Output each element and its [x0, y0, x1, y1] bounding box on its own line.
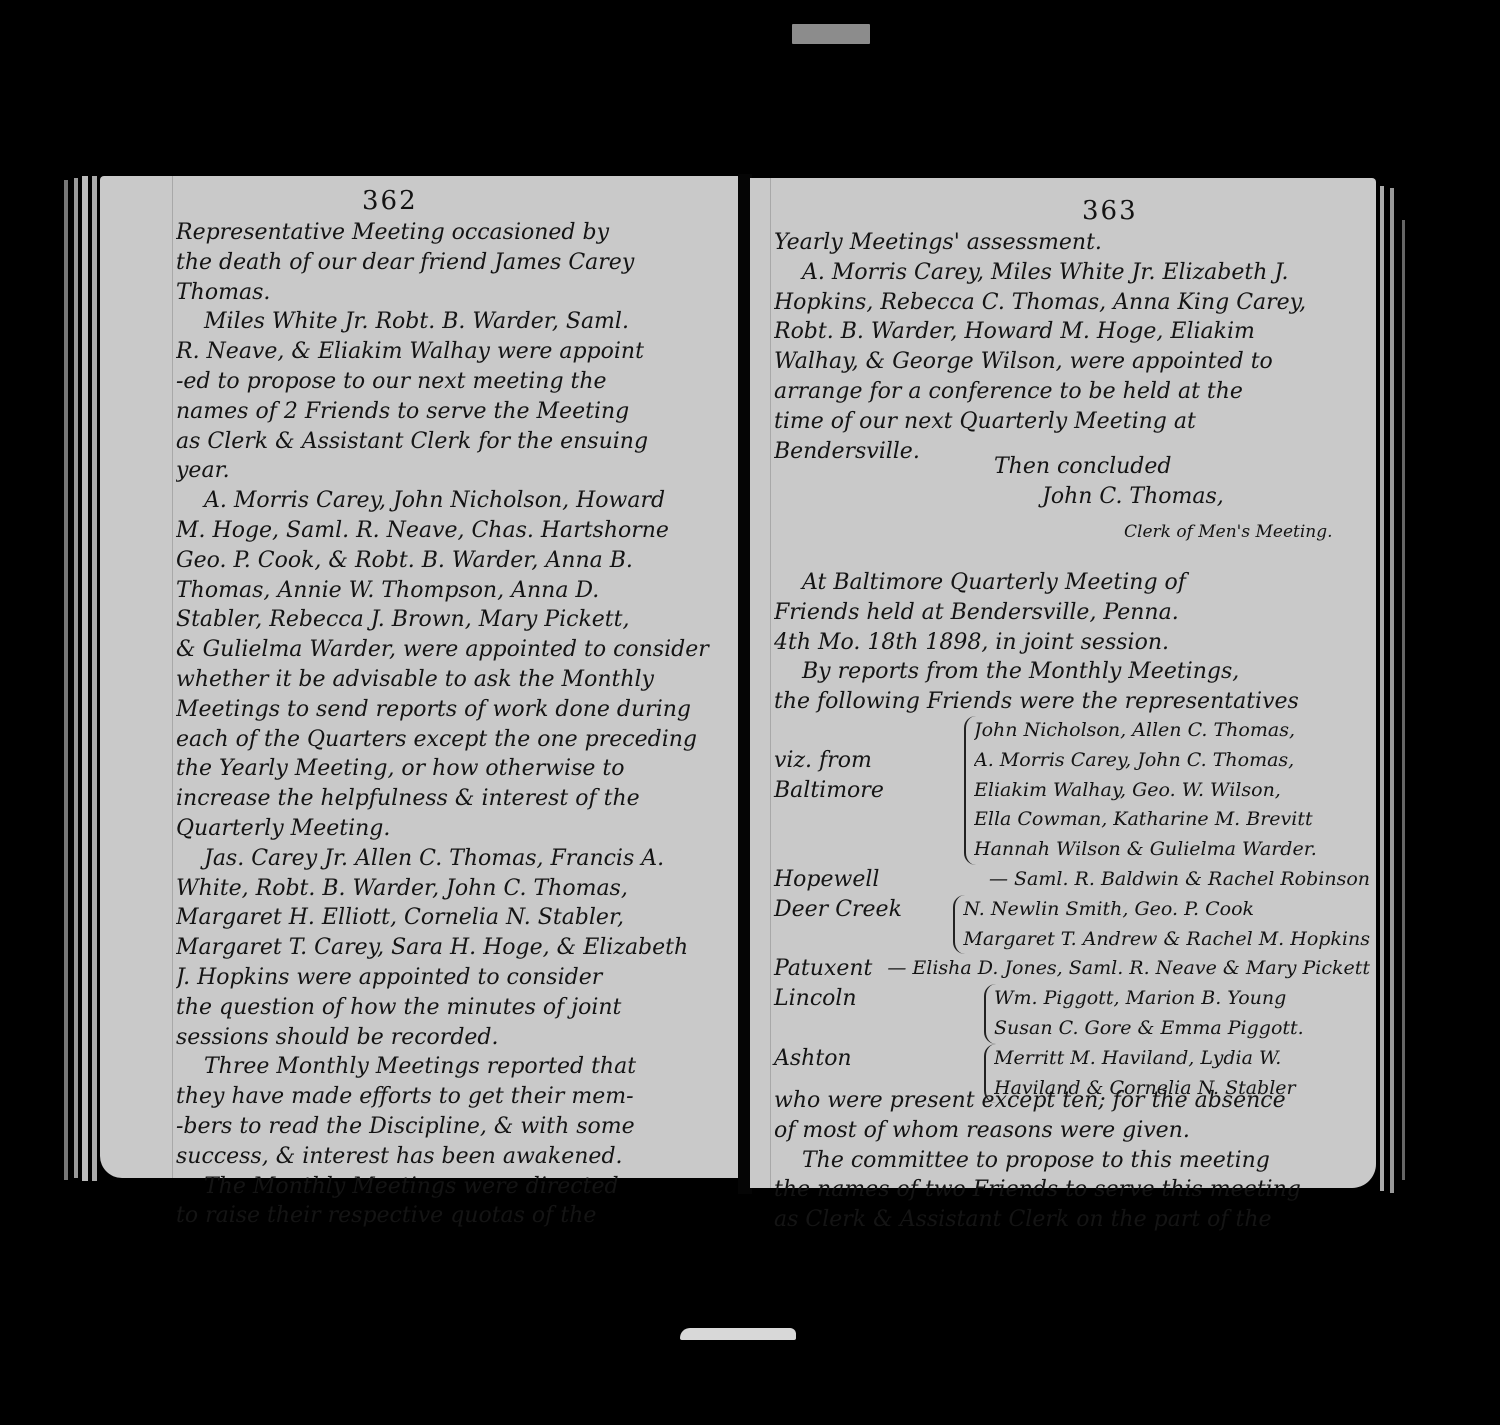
text-line: A. Morris Carey, John Nicholson, Howard [176, 486, 732, 516]
representative-name-line: Margaret T. Andrew & Rachel M. Hopkins [963, 925, 1370, 955]
representative-name-line: — Elisha D. Jones, Saml. R. Neave & Mary… [887, 954, 1370, 984]
text-line: whether it be advisable to ask the Month… [176, 665, 732, 695]
text-line: the question of how the minutes of joint [176, 993, 732, 1023]
representative-names: Wm. Piggott, Marion B. YoungSusan C. Gor… [984, 984, 1370, 1044]
text-line: year. [176, 456, 732, 486]
text-line: as Clerk & Assistant Clerk on the part o… [774, 1205, 1364, 1235]
meeting-name: Ashton [774, 1044, 984, 1074]
text-line: -bers to read the Discipline, & with som… [176, 1112, 732, 1142]
left-page-text: Representative Meeting occasioned bythe … [176, 218, 732, 1231]
right-page-text-middle: At Baltimore Quarterly Meeting ofFriends… [774, 568, 1364, 717]
closing-concluded: Then concluded [994, 454, 1171, 479]
text-line: Margaret H. Elliott, Cornelia N. Stabler… [176, 903, 732, 933]
text-line: success, & interest has been awakened. [176, 1142, 732, 1172]
representative-row: viz. from BaltimoreJohn Nicholson, Allen… [774, 716, 1370, 865]
representative-name-line: Ella Cowman, Katharine M. Brevitt [974, 805, 1370, 835]
text-line: the following Friends were the represent… [774, 687, 1364, 717]
text-line: Yearly Meetings' assessment. [774, 228, 1364, 258]
text-line: Stabler, Rebecca J. Brown, Mary Pickett, [176, 605, 732, 635]
representative-names: John Nicholson, Allen C. Thomas,A. Morri… [964, 716, 1370, 865]
text-line: The committee to propose to this meeting [774, 1146, 1364, 1176]
text-line: arrange for a conference to be held at t… [774, 377, 1364, 407]
text-line: names of 2 Friends to serve the Meeting [176, 397, 732, 427]
meeting-name: Deer Creek [774, 895, 953, 925]
text-line: time of our next Quarterly Meeting at [774, 407, 1364, 437]
text-line: Hopkins, Rebecca C. Thomas, Anna King Ca… [774, 288, 1364, 318]
closing-signer: John C. Thomas, [1042, 484, 1224, 509]
text-line: the names of two Friends to serve this m… [774, 1175, 1364, 1205]
text-line: they have made efforts to get their mem- [176, 1082, 732, 1112]
right-page-text-top: Yearly Meetings' assessment.A. Morris Ca… [774, 228, 1364, 466]
text-line: White, Robt. B. Warder, John C. Thomas, [176, 874, 732, 904]
left-page: 362 Representative Meeting occasioned by… [100, 176, 740, 1178]
text-line: Robt. B. Warder, Howard M. Hoge, Eliakim [774, 317, 1364, 347]
right-page-text-bottom: who were present except ten; for the abs… [774, 1086, 1364, 1235]
text-line: The Monthly Meetings were directed [176, 1172, 732, 1202]
text-line: By reports from the Monthly Meetings, [774, 657, 1364, 687]
meeting-name: Lincoln [774, 984, 984, 1014]
margin-rule [172, 176, 173, 1178]
representative-names: — Elisha D. Jones, Saml. R. Neave & Mary… [877, 954, 1370, 984]
text-line: Walhay, & George Wilson, were appointed … [774, 347, 1364, 377]
text-line: of most of whom reasons were given. [774, 1116, 1364, 1146]
text-line: Jas. Carey Jr. Allen C. Thomas, Francis … [176, 844, 732, 874]
text-line: increase the helpfulness & interest of t… [176, 784, 732, 814]
page-number: 363 [1082, 196, 1138, 226]
representative-name-line: Merritt M. Haviland, Lydia W. [994, 1044, 1370, 1074]
text-line: Margaret T. Carey, Sara H. Hoge, & Eliza… [176, 933, 732, 963]
representative-name-line: N. Newlin Smith, Geo. P. Cook [963, 895, 1370, 925]
representative-row: Deer CreekN. Newlin Smith, Geo. P. CookM… [774, 895, 1370, 955]
text-line: R. Neave, & Eliakim Walhay were appoint [176, 337, 732, 367]
text-line: as Clerk & Assistant Clerk for the ensui… [176, 427, 732, 457]
representative-names: N. Newlin Smith, Geo. P. CookMargaret T.… [953, 895, 1370, 955]
representative-name-line: Susan C. Gore & Emma Piggott. [994, 1014, 1370, 1044]
top-marker-tab [792, 24, 870, 44]
representative-name-line: A. Morris Carey, John C. Thomas, [974, 746, 1370, 776]
text-line: Friends held at Bendersville, Penna. [774, 598, 1364, 628]
page-clip-right [1356, 1212, 1410, 1246]
margin-rule [770, 178, 771, 1188]
representative-name-line: Eliakim Walhay, Geo. W. Wilson, [974, 776, 1370, 806]
text-line: who were present except ten; for the abs… [774, 1086, 1364, 1116]
representative-name-line: John Nicholson, Allen C. Thomas, [974, 716, 1370, 746]
text-line: & Gulielma Warder, were appointed to con… [176, 635, 732, 665]
representative-row: Hopewell— Saml. R. Baldwin & Rachel Robi… [774, 865, 1370, 895]
meeting-name: viz. from Baltimore [774, 716, 964, 806]
text-line: the death of our dear friend James Carey [176, 248, 732, 278]
text-line: Meetings to send reports of work done du… [176, 695, 732, 725]
text-line: the Yearly Meeting, or how otherwise to [176, 754, 732, 784]
text-line: 4th Mo. 18th 1898, in joint session. [774, 628, 1364, 658]
text-line: sessions should be recorded. [176, 1023, 732, 1053]
text-line: M. Hoge, Saml. R. Neave, Chas. Hartshorn… [176, 516, 732, 546]
page-clip-left [84, 1198, 130, 1238]
text-line: Three Monthly Meetings reported that [176, 1052, 732, 1082]
representative-names: — Saml. R. Baldwin & Rachel Robinson [979, 865, 1370, 895]
text-line: Quarterly Meeting. [176, 814, 732, 844]
representative-name-line: Hannah Wilson & Gulielma Warder. [974, 835, 1370, 865]
text-line: Representative Meeting occasioned by [176, 218, 732, 248]
bottom-marker-tab [680, 1328, 796, 1340]
text-line: each of the Quarters except the one prec… [176, 725, 732, 755]
page-number: 362 [362, 186, 418, 216]
representative-name-line: Wm. Piggott, Marion B. Young [994, 984, 1370, 1014]
text-line: J. Hopkins were appointed to consider [176, 963, 732, 993]
text-line: A. Morris Carey, Miles White Jr. Elizabe… [774, 258, 1364, 288]
representative-row: LincolnWm. Piggott, Marion B. YoungSusan… [774, 984, 1370, 1044]
meeting-name: Hopewell [774, 865, 979, 895]
text-line: Miles White Jr. Robt. B. Warder, Saml. [176, 307, 732, 337]
closing-signer-title: Clerk of Men's Meeting. [1124, 522, 1333, 542]
text-line: Thomas, Annie W. Thompson, Anna D. [176, 576, 732, 606]
text-line: -ed to propose to our next meeting the [176, 367, 732, 397]
text-line: Geo. P. Cook, & Robt. B. Warder, Anna B. [176, 546, 732, 576]
representative-row: Patuxent— Elisha D. Jones, Saml. R. Neav… [774, 954, 1370, 984]
text-line: At Baltimore Quarterly Meeting of [774, 568, 1364, 598]
right-page: 363 Yearly Meetings' assessment.A. Morri… [750, 178, 1376, 1188]
representative-name-line: — Saml. R. Baldwin & Rachel Robinson [989, 865, 1370, 895]
representatives-list: viz. from BaltimoreJohn Nicholson, Allen… [774, 716, 1370, 1103]
text-line: Thomas. [176, 278, 732, 308]
text-line: to raise their respective quotas of the [176, 1201, 732, 1231]
meeting-name: Patuxent [774, 954, 877, 984]
